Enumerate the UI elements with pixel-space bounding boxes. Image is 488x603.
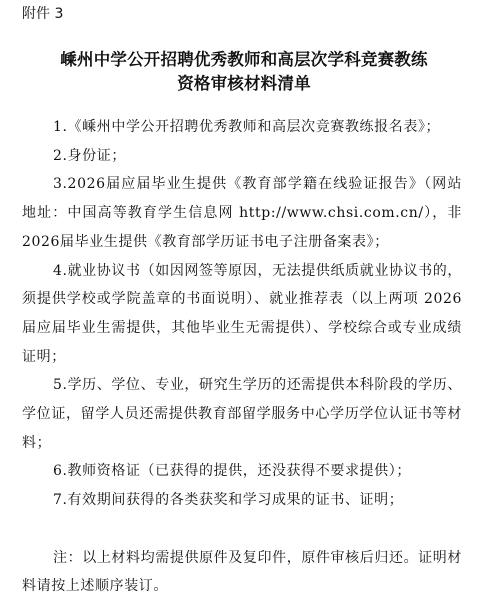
document-title-line-2: 资格审核材料清单 <box>0 72 488 96</box>
checklist-item-6: 6.教师资格证（已获得的提供，还没获得不要求提供）； <box>22 457 462 486</box>
spacer <box>22 515 462 544</box>
checklist-body: 1.《嵊州中学公开招聘优秀教师和高层次竞赛教练报名表》； 2.身份证； 3.20… <box>22 113 462 601</box>
checklist-item-4: 4.就业协议书（如因网签等原因，无法提供纸质就业协议书的，须提供学校或学院盖章的… <box>22 257 462 372</box>
checklist-item-7: 7.有效期间获得的各类获奖和学习成果的证书、证明； <box>22 486 462 515</box>
document-title-line-1: 嵊州中学公开招聘优秀教师和高层次学科竞赛教练 <box>0 48 488 72</box>
checklist-item-1: 1.《嵊州中学公开招聘优秀教师和高层次竞赛教练报名表》； <box>22 113 462 142</box>
checklist-item-3: 3.2026届应届毕业生提供《教育部学籍在线验证报告》（网站地址：中国高等教育学… <box>22 170 462 256</box>
note-paragraph: 注：以上材料均需提供原件及复印件，原件审核后归还。证明材料请按上述顺序装订。 <box>22 544 462 601</box>
checklist-item-5: 5.学历、学位、专业，研究生学历的还需提供本科阶段的学历、学位证，留学人员还需提… <box>22 371 462 457</box>
attachment-label: 附件 3 <box>22 5 63 23</box>
checklist-item-2: 2.身份证； <box>22 142 462 171</box>
